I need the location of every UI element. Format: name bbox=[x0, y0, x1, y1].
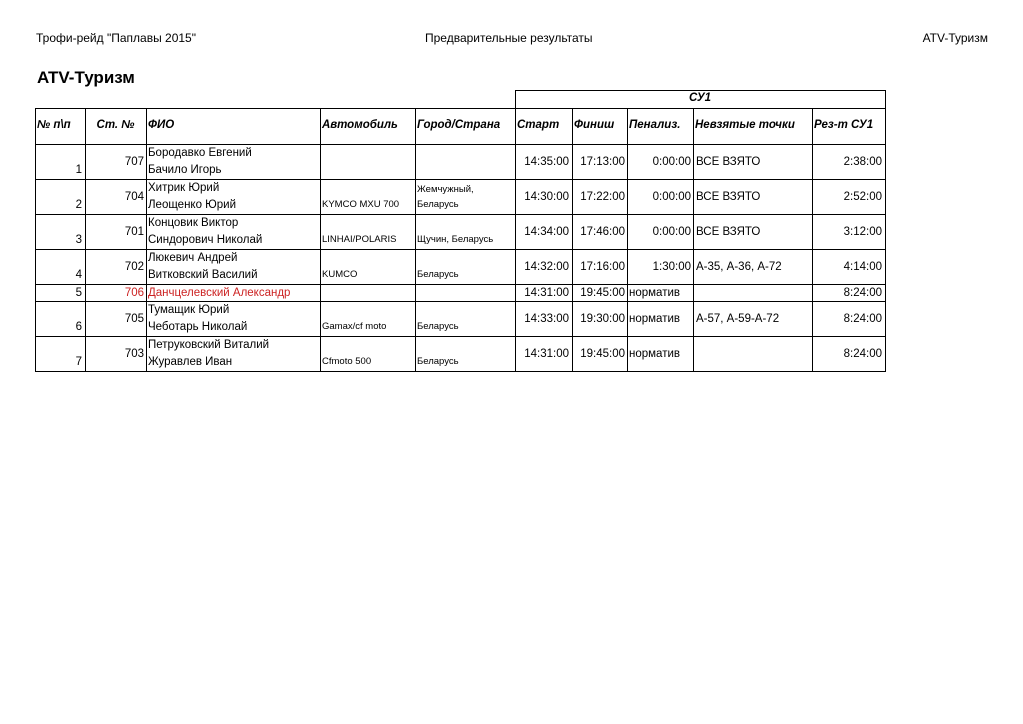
col-finish-header: Финиш bbox=[574, 119, 625, 131]
col-vehicle-header: Автомобиль bbox=[322, 119, 413, 131]
col-missed-points-header: Невзятые точки bbox=[695, 119, 810, 131]
participant-name: Данчцелевский Александр bbox=[148, 285, 318, 301]
grid-line bbox=[35, 371, 886, 372]
city: Беларусь bbox=[417, 319, 513, 335]
grid-line bbox=[515, 90, 886, 91]
finish-time: 19:45:00 bbox=[574, 346, 625, 362]
stage-result: 2:38:00 bbox=[814, 154, 882, 170]
vehicle: KYMCO MXU 700 bbox=[322, 197, 413, 213]
row-number: 1 bbox=[37, 162, 82, 178]
start-time: 14:32:00 bbox=[517, 259, 569, 275]
city: Беларусь bbox=[417, 267, 513, 283]
col-result-header: Рез-т СУ1 bbox=[814, 119, 883, 131]
stage-result: 2:52:00 bbox=[814, 189, 882, 205]
missed-points: ВСЕ ВЗЯТО bbox=[696, 224, 810, 240]
penalty: 0:00:00 bbox=[629, 154, 691, 170]
start-time: 14:31:00 bbox=[517, 285, 569, 301]
grid-line bbox=[885, 90, 886, 372]
col-start-number-header: Ст. № bbox=[87, 119, 144, 131]
missed-points: А-35, А-36, А-72 bbox=[696, 259, 810, 275]
row-number: 7 bbox=[37, 354, 82, 370]
row-number: 2 bbox=[37, 197, 82, 213]
participant-name: Бородавко Евгений bbox=[148, 145, 318, 161]
missed-points: ВСЕ ВЗЯТО bbox=[696, 189, 810, 205]
col-name-header: ФИО bbox=[148, 119, 318, 131]
participant-name: Петруковский Виталий bbox=[148, 337, 318, 353]
stage-result: 8:24:00 bbox=[814, 346, 882, 362]
participant-name: Витковский Василий bbox=[148, 267, 318, 283]
penalty: норматив bbox=[629, 346, 691, 362]
stage-result: 4:14:00 bbox=[814, 259, 882, 275]
row-number: 6 bbox=[37, 319, 82, 335]
col-number-header: № п\п bbox=[37, 119, 83, 131]
finish-time: 19:45:00 bbox=[574, 285, 625, 301]
participant-name: Концовик Виктор bbox=[148, 215, 318, 231]
start-number: 705 bbox=[87, 311, 144, 327]
vehicle: Gamax/cf moto bbox=[322, 319, 413, 335]
penalty: 0:00:00 bbox=[629, 224, 691, 240]
participant-name: Бачило Игорь bbox=[148, 162, 318, 178]
vehicle: KUMCO bbox=[322, 267, 413, 283]
finish-time: 17:22:00 bbox=[574, 189, 625, 205]
grid-line bbox=[146, 108, 147, 372]
stage-result: 8:24:00 bbox=[814, 285, 882, 301]
grid-line bbox=[572, 108, 573, 372]
penalty: 1:30:00 bbox=[629, 259, 691, 275]
participant-name: Хитрик Юрий bbox=[148, 180, 318, 196]
grid-line bbox=[85, 108, 86, 372]
start-time: 14:31:00 bbox=[517, 346, 569, 362]
grid-line bbox=[812, 108, 813, 372]
grid-line bbox=[35, 108, 36, 372]
start-number: 703 bbox=[87, 346, 144, 362]
city: Беларусь bbox=[417, 197, 513, 213]
grid-line bbox=[693, 108, 694, 372]
penalty: норматив bbox=[629, 311, 691, 327]
grid-line bbox=[320, 108, 321, 372]
start-number: 702 bbox=[87, 259, 144, 275]
penalty: норматив bbox=[629, 285, 691, 301]
row-number: 3 bbox=[37, 232, 82, 248]
start-time: 14:35:00 bbox=[517, 154, 569, 170]
city: Беларусь bbox=[417, 354, 513, 370]
participant-name: Тумащик Юрий bbox=[148, 302, 318, 318]
city: Жемчужный, bbox=[417, 182, 513, 198]
start-time: 14:34:00 bbox=[517, 224, 569, 240]
missed-points: ВСЕ ВЗЯТО bbox=[696, 154, 810, 170]
row-number: 4 bbox=[37, 267, 82, 283]
participant-name: Синдорович Николай bbox=[148, 232, 318, 248]
grid-line bbox=[515, 90, 516, 372]
stage-result: 8:24:00 bbox=[814, 311, 882, 327]
results-table: СУ1№ п\пСт. №ФИОАвтомобильГород/СтранаСт… bbox=[0, 0, 1023, 724]
start-number: 706 bbox=[87, 285, 144, 301]
start-time: 14:33:00 bbox=[517, 311, 569, 327]
col-penalty-header: Пенализ. bbox=[629, 119, 691, 131]
grid-line bbox=[627, 108, 628, 372]
penalty: 0:00:00 bbox=[629, 189, 691, 205]
grid-line bbox=[35, 108, 886, 109]
vehicle: Cfmoto 500 bbox=[322, 354, 413, 370]
missed-points: А-57, А-59-А-72 bbox=[696, 311, 810, 327]
city: Щучин, Беларусь bbox=[417, 232, 513, 248]
start-number: 707 bbox=[87, 154, 144, 170]
stage-result: 3:12:00 bbox=[814, 224, 882, 240]
col-start-header: Старт bbox=[517, 119, 570, 131]
start-time: 14:30:00 bbox=[517, 189, 569, 205]
finish-time: 17:46:00 bbox=[574, 224, 625, 240]
col-city-header: Город/Страна bbox=[417, 119, 513, 131]
start-number: 701 bbox=[87, 224, 144, 240]
vehicle: LINHAI/POLARIS bbox=[322, 232, 413, 248]
group-header-su1: СУ1 bbox=[515, 92, 885, 104]
participant-name: Леощенко Юрий bbox=[148, 197, 318, 213]
grid-line bbox=[415, 108, 416, 372]
row-number: 5 bbox=[37, 285, 82, 301]
participant-name: Люкевич Андрей bbox=[148, 250, 318, 266]
finish-time: 19:30:00 bbox=[574, 311, 625, 327]
start-number: 704 bbox=[87, 189, 144, 205]
participant-name: Журавлев Иван bbox=[148, 354, 318, 370]
finish-time: 17:16:00 bbox=[574, 259, 625, 275]
participant-name: Чеботарь Николай bbox=[148, 319, 318, 335]
finish-time: 17:13:00 bbox=[574, 154, 625, 170]
